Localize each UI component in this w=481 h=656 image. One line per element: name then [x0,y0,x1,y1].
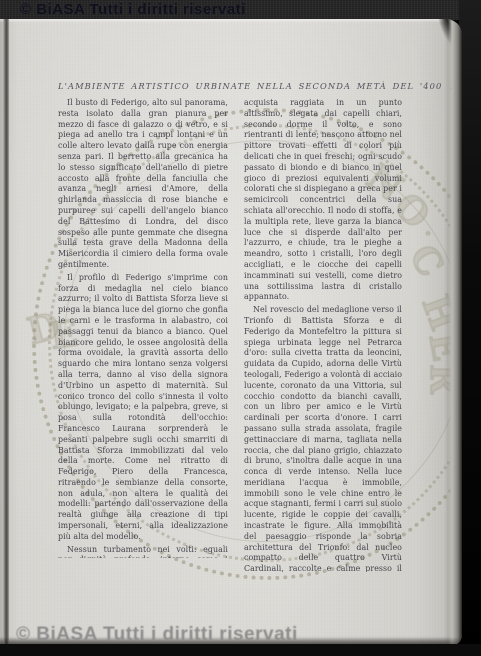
text-columns: Il busto di Federigo, alto sul panorama,… [58,98,402,572]
stamp-letter: C [403,239,449,282]
paragraph: Nel rovescio del medaglione verso il Tri… [244,305,402,572]
stamp-letter: · [418,226,436,242]
paragraph: Il profilo di Federigo s'imprime con for… [58,273,228,543]
running-head: L'AMBIENTE ARTISTICO URBINATE NELLA SECO… [58,81,402,91]
paragraph: Nessun turbamento nei volti: eguali per … [58,545,228,558]
top-copyright-bar: © BiASA Tutti i diritti riservati [0,0,481,20]
left-column: Il busto di Federigo, alto sul panorama,… [58,98,228,558]
scan-background [459,0,481,656]
right-column: acquista raggiata in un punto altissimo,… [244,98,402,572]
article-title: L'AMBIENTE ARTISTICO URBINATE NELLA SECO… [58,81,442,91]
paragraph: Il busto di Federigo, alto sul panorama,… [58,98,228,271]
binding-edge [3,19,9,645]
scanned-page: N O · C H E R D E L'AMBIENTE ARTISTICO U… [0,19,462,645]
copyright-watermark-top: © BiASA Tutti i diritti riservati [20,1,246,18]
paragraph: acquista raggiata in un punto altissimo,… [244,98,402,303]
page-stack-edge [444,19,462,645]
copyright-watermark-bottom: © BiASA Tutti i diritti riservati [16,624,298,646]
scan-viewer: © BiASA Tutti i diritti riservati N O · … [0,0,481,656]
